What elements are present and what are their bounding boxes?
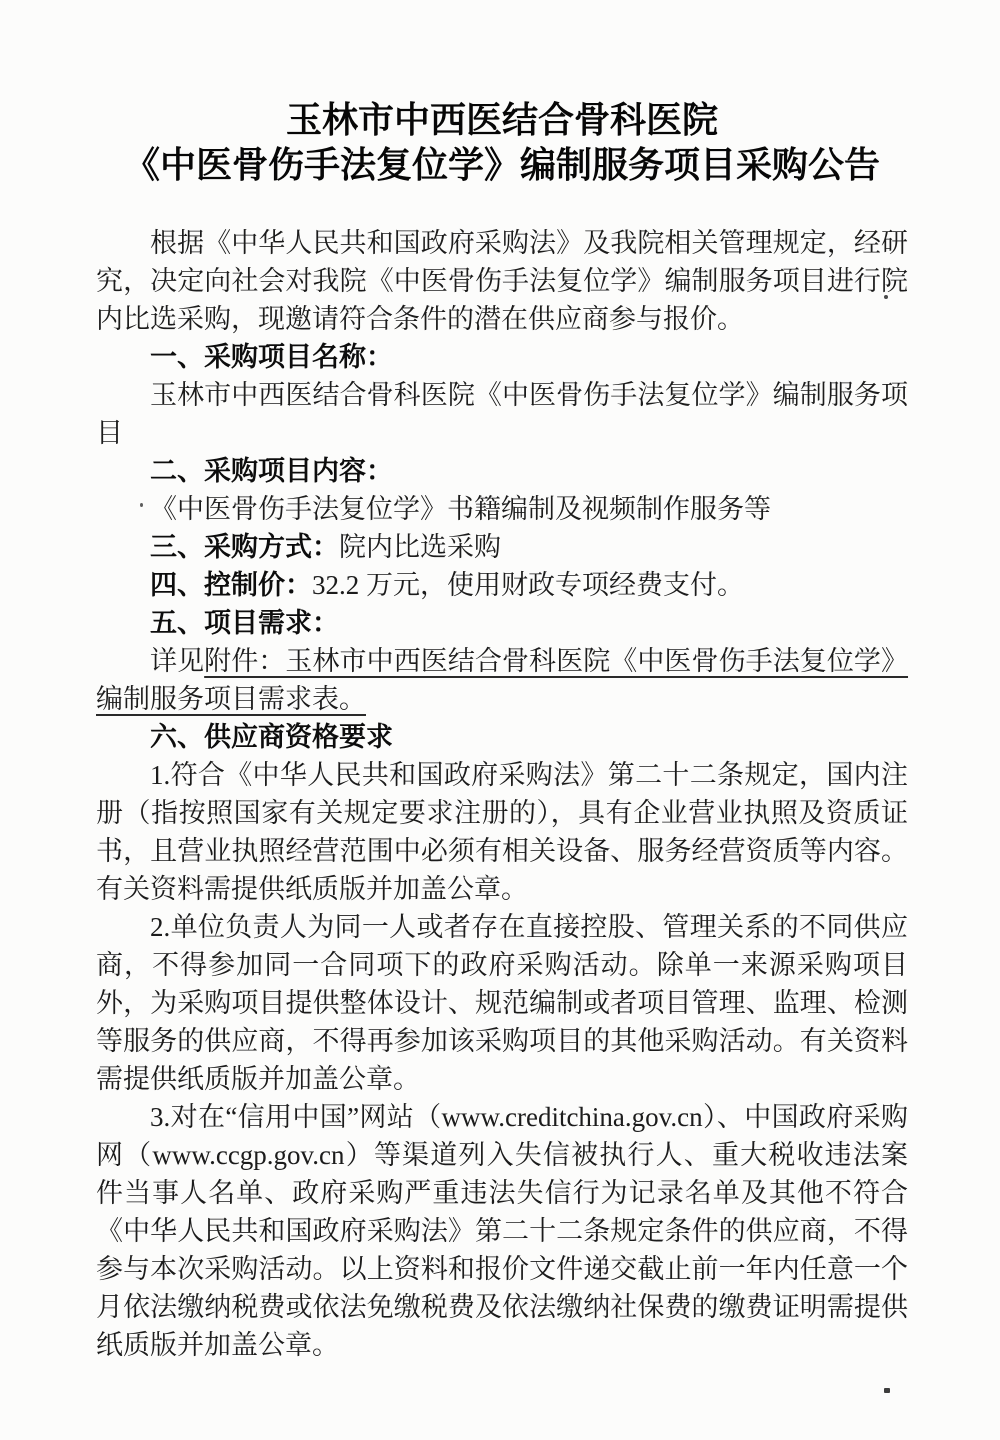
section-2-body: 《中医骨伤手法复位学》书籍编制及视频制作服务等 bbox=[96, 490, 908, 528]
section-4-line: 四、控制价：32.2 万元，使用财政专项经费支付。 bbox=[96, 566, 908, 604]
scan-artifact-dot bbox=[140, 503, 143, 507]
section-1-heading: 一、采购项目名称： bbox=[96, 338, 908, 376]
attachment-reference: 附件：玉林市中西医结合骨科医院《中医骨伤手法复位学》编制服务项目需求表。 bbox=[96, 646, 908, 714]
section-2-heading: 二、采购项目内容： bbox=[96, 452, 908, 490]
section-3-value: 院内比选采购 bbox=[339, 532, 501, 562]
section-6-heading: 六、供应商资格要求 bbox=[96, 718, 908, 756]
scan-artifact-dot bbox=[884, 295, 888, 299]
requirement-item-3: 3.对在“信用中国”网站（www.creditchina.gov.cn）、中国政… bbox=[96, 1098, 908, 1364]
document-title: 玉林市中西医结合骨科医院 《中医骨伤手法复位学》编制服务项目采购公告 bbox=[96, 98, 908, 188]
section-3-heading: 三、采购方式： bbox=[150, 532, 339, 562]
document-title-line-1: 玉林市中西医结合骨科医院 bbox=[96, 98, 908, 143]
section-5-heading: 五、项目需求： bbox=[96, 604, 908, 642]
section-3-line: 三、采购方式：院内比选采购 bbox=[96, 528, 908, 566]
section-4-value: 32.2 万元，使用财政专项经费支付。 bbox=[312, 570, 744, 600]
attachment-prefix: 详见 bbox=[150, 646, 204, 676]
section-4-heading: 四、控制价： bbox=[150, 570, 312, 600]
requirement-item-2: 2.单位负责人为同一人或者存在直接控股、管理关系的不同供应商，不得参加同一合同项… bbox=[96, 908, 908, 1098]
intro-paragraph: 根据《中华人民共和国政府采购法》及我院相关管理规定，经研究，决定向社会对我院《中… bbox=[96, 224, 908, 338]
document-body: 根据《中华人民共和国政府采购法》及我院相关管理规定，经研究，决定向社会对我院《中… bbox=[96, 224, 908, 1364]
document-title-line-2: 《中医骨伤手法复位学》编制服务项目采购公告 bbox=[96, 143, 908, 188]
section-5-body: 详见附件：玉林市中西医结合骨科医院《中医骨伤手法复位学》编制服务项目需求表。 bbox=[96, 642, 908, 718]
scan-artifact-dot bbox=[884, 1388, 890, 1393]
requirement-item-1: 1.符合《中华人民共和国政府采购法》第二十二条规定，国内注册（指按照国家有关规定… bbox=[96, 756, 908, 908]
section-1-body: 玉林市中西医结合骨科医院《中医骨伤手法复位学》编制服务项目 bbox=[96, 376, 908, 452]
scanned-document-page: 玉林市中西医结合骨科医院 《中医骨伤手法复位学》编制服务项目采购公告 根据《中华… bbox=[0, 0, 1000, 1440]
